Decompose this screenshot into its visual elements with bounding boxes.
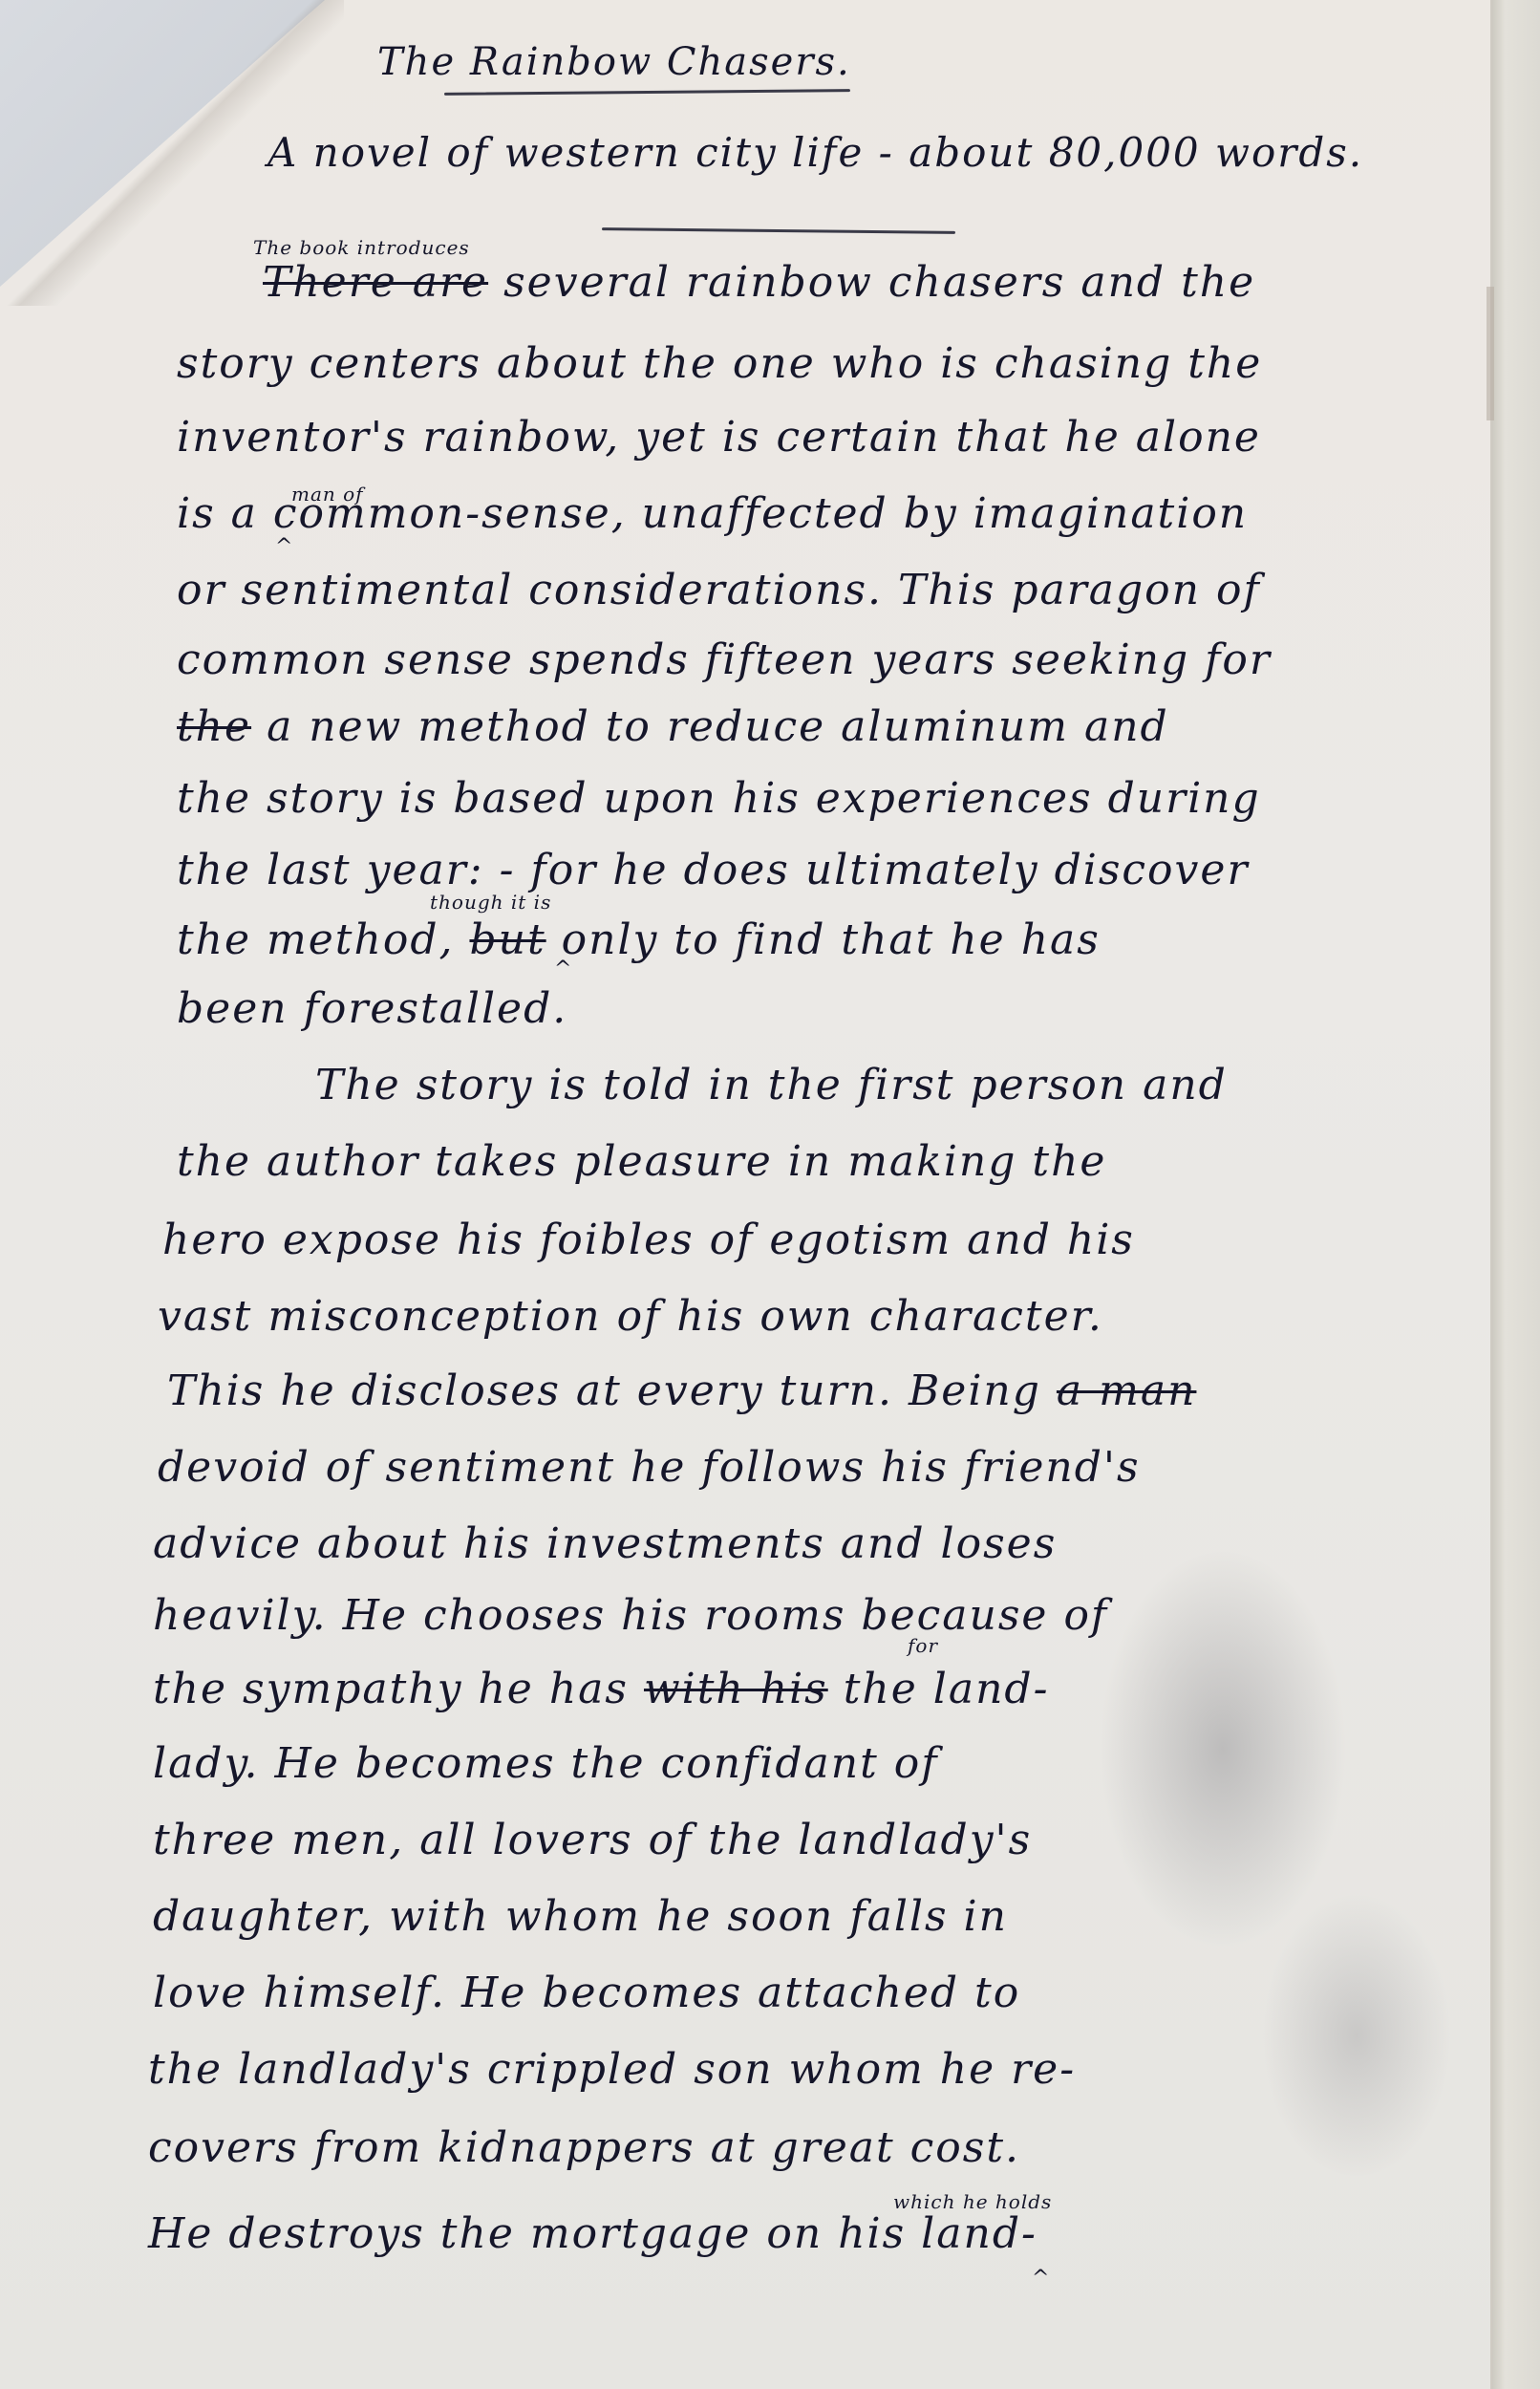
manuscript-line: inventor's rainbow, yet is certain that … bbox=[177, 413, 1261, 462]
line-text: This he discloses at every turn. Being bbox=[167, 1367, 1041, 1415]
insertion-caret: ^ bbox=[554, 958, 571, 981]
struck-text: with his bbox=[644, 1665, 828, 1713]
manuscript-line: been forestalled. bbox=[177, 984, 567, 1033]
manuscript-line: devoid of sentiment he follows his frien… bbox=[158, 1443, 1141, 1492]
desk-backdrop bbox=[1490, 0, 1540, 2389]
manuscript-line: There are several rainbow chasers and th… bbox=[263, 258, 1255, 307]
section-rule bbox=[602, 227, 955, 234]
line-text: several rainbow chasers and the bbox=[503, 258, 1255, 307]
manuscript-line: story centers about the one who is chasi… bbox=[177, 339, 1262, 388]
manuscript-line: daughter, with whom he soon falls in bbox=[153, 1892, 1008, 1941]
manuscript-line: hero expose his foibles of egotism and h… bbox=[162, 1216, 1135, 1264]
line-text: the method, bbox=[177, 915, 454, 964]
insertion-caret: ^ bbox=[275, 535, 292, 559]
manuscript-line: the a new method to reduce aluminum and bbox=[177, 702, 1169, 751]
ink-smudge bbox=[1261, 1892, 1452, 2179]
manuscript-line: the method, but only to find that he has bbox=[177, 915, 1101, 964]
manuscript-line: three men, all lovers of the landlady's bbox=[153, 1816, 1032, 1864]
manuscript-line: the author takes pleasure in making the bbox=[177, 1137, 1106, 1186]
manuscript-line: This he discloses at every turn. Being a… bbox=[167, 1367, 1196, 1415]
line-text: a new method to reduce aluminum and bbox=[267, 702, 1169, 751]
insertion-text: for bbox=[908, 1634, 938, 1657]
manuscript-line: the story is based upon his experiences … bbox=[177, 774, 1261, 823]
insertion-text: The book introduces bbox=[253, 236, 470, 259]
manuscript-line: lady. He becomes the confidant of bbox=[153, 1739, 939, 1788]
manuscript-line: covers from kidnappers at great cost. bbox=[148, 2123, 1020, 2172]
document-subtitle: A novel of western city life - about 80,… bbox=[267, 129, 1363, 176]
document-title: The Rainbow Chasers. bbox=[377, 40, 851, 84]
manuscript-line: love himself. He becomes attached to bbox=[153, 1969, 1020, 2017]
manuscript-line: The story is told in the first person an… bbox=[315, 1061, 1228, 1109]
line-text: the land- bbox=[844, 1665, 1050, 1713]
manuscript-line: the sympathy he has with his the land- bbox=[153, 1665, 1049, 1713]
ink-smudge bbox=[1099, 1548, 1347, 1949]
manuscript-line: vast misconception of his own character. bbox=[158, 1292, 1103, 1341]
insertion-text: though it is bbox=[430, 891, 551, 914]
line-text: on his land- bbox=[766, 2209, 1037, 2258]
line-text: He destroys the mortgage bbox=[148, 2209, 751, 2258]
title-underline bbox=[444, 89, 850, 96]
manuscript-line: common sense spends fifteen years seekin… bbox=[177, 635, 1272, 684]
manuscript-line: the landlady's crippled son whom he re- bbox=[148, 2045, 1076, 2094]
manuscript-line: He destroys the mortgage on his land- bbox=[148, 2209, 1037, 2258]
manuscript-line: the last year: - for he does ultimately … bbox=[177, 846, 1249, 894]
manuscript-line: or sentimental considerations. This para… bbox=[177, 566, 1261, 614]
struck-text: but bbox=[469, 915, 545, 964]
manuscript-line: advice about his investments and loses bbox=[153, 1519, 1057, 1568]
insertion-caret: ^ bbox=[1032, 2267, 1049, 2291]
manuscript-line: heavily. He chooses his rooms because of bbox=[153, 1591, 1108, 1640]
manuscript-page: The Rainbow Chasers. A novel of western … bbox=[0, 0, 1492, 2389]
struck-text: There are bbox=[263, 258, 488, 307]
manuscript-line: is a common-sense, unaffected by imagina… bbox=[177, 489, 1248, 538]
line-text: only to find that he has bbox=[562, 915, 1101, 964]
line-text: the sympathy he has bbox=[153, 1665, 629, 1713]
struck-text: a man bbox=[1057, 1367, 1197, 1415]
struck-text: the bbox=[177, 702, 251, 751]
page-edge-stain bbox=[1487, 287, 1494, 420]
